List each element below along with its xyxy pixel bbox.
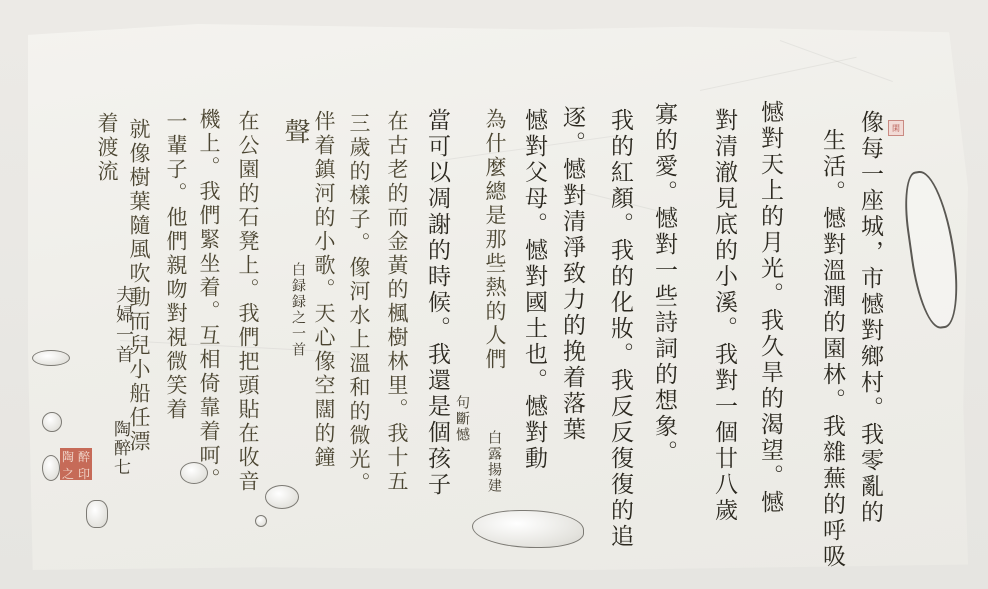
artist-signature: 陶醉七 (108, 420, 133, 477)
calligraphy-column-17: 一輩子。他們親吻對視微笑着 (165, 110, 186, 422)
calligraphy-column-11: 在古老的而金黃的楓樹林里。我十五 (386, 110, 407, 494)
calligraphy-column-7: 逐。憾對清淨致力的挽着落葉 (560, 105, 583, 443)
calligraphy-column-4: 對清澈見底的小溪。我對一個廿八歲 (712, 108, 735, 524)
water-droplet (32, 350, 70, 366)
water-droplet (42, 412, 62, 432)
annotation-note: 句斷憾 (452, 395, 472, 443)
calligraphy-column-9: 為什麼總是那些熱的人們 (484, 108, 505, 372)
calligraphy-column-1: 像每一座城，市憾對鄉村。我零亂的 (858, 110, 881, 526)
dedication-text: 夫婦一首 (110, 285, 136, 365)
calligraphy-column-8: 憾對父母。憾對國土也。憾對動 (522, 108, 545, 472)
seal-char: 醉 (78, 448, 90, 465)
water-droplet (255, 515, 267, 527)
water-droplet (42, 455, 60, 481)
calligraphy-column-3: 憾對天上的月光。我久旱的渴望。憾 (758, 100, 781, 516)
calligraphy-column-19: 着渡流 (96, 112, 117, 184)
calligraphy-column-5: 寡的愛。憾對一些詩詞的想象。 (652, 102, 675, 466)
calligraphy-column-12: 三歲的樣子。像河水上溫和的微光。 (348, 112, 369, 496)
seal-char: 印 (78, 465, 90, 482)
calligraphy-column-14: 聲 (282, 118, 308, 147)
calligraphy-column-6: 我的紅顏。我的化妝。我反反復復的追 (608, 108, 631, 550)
calligraphy-column-16: 機上。我們緊坐着。互相倚靠着呵。 (198, 108, 219, 492)
header-seal: 閑 (888, 120, 904, 136)
calligraphy-column-10: 當可以凋謝的時候。我還是個孩子 (425, 108, 448, 498)
annotation-note: 白露揚建 (484, 430, 504, 494)
calligraphy-column-15: 在公園的石凳上。我們把頭貼在收音 (237, 110, 258, 494)
calligraphy-column-13: 伴着鎮河的小歌。天心像空闊的鐘 (313, 110, 334, 470)
calligraphy-column-2: 生活。憾對溫潤的園林。我雜蕪的呼吸 (820, 128, 843, 570)
water-droplet (180, 462, 208, 484)
seal-char: 陶 (62, 448, 74, 465)
artist-seal: 陶 醉 之 印 (60, 448, 92, 480)
water-droplet (86, 500, 108, 528)
water-droplet (265, 485, 299, 509)
annotation-note: 白録録之一首 (288, 262, 308, 358)
seal-char: 之 (62, 465, 74, 482)
